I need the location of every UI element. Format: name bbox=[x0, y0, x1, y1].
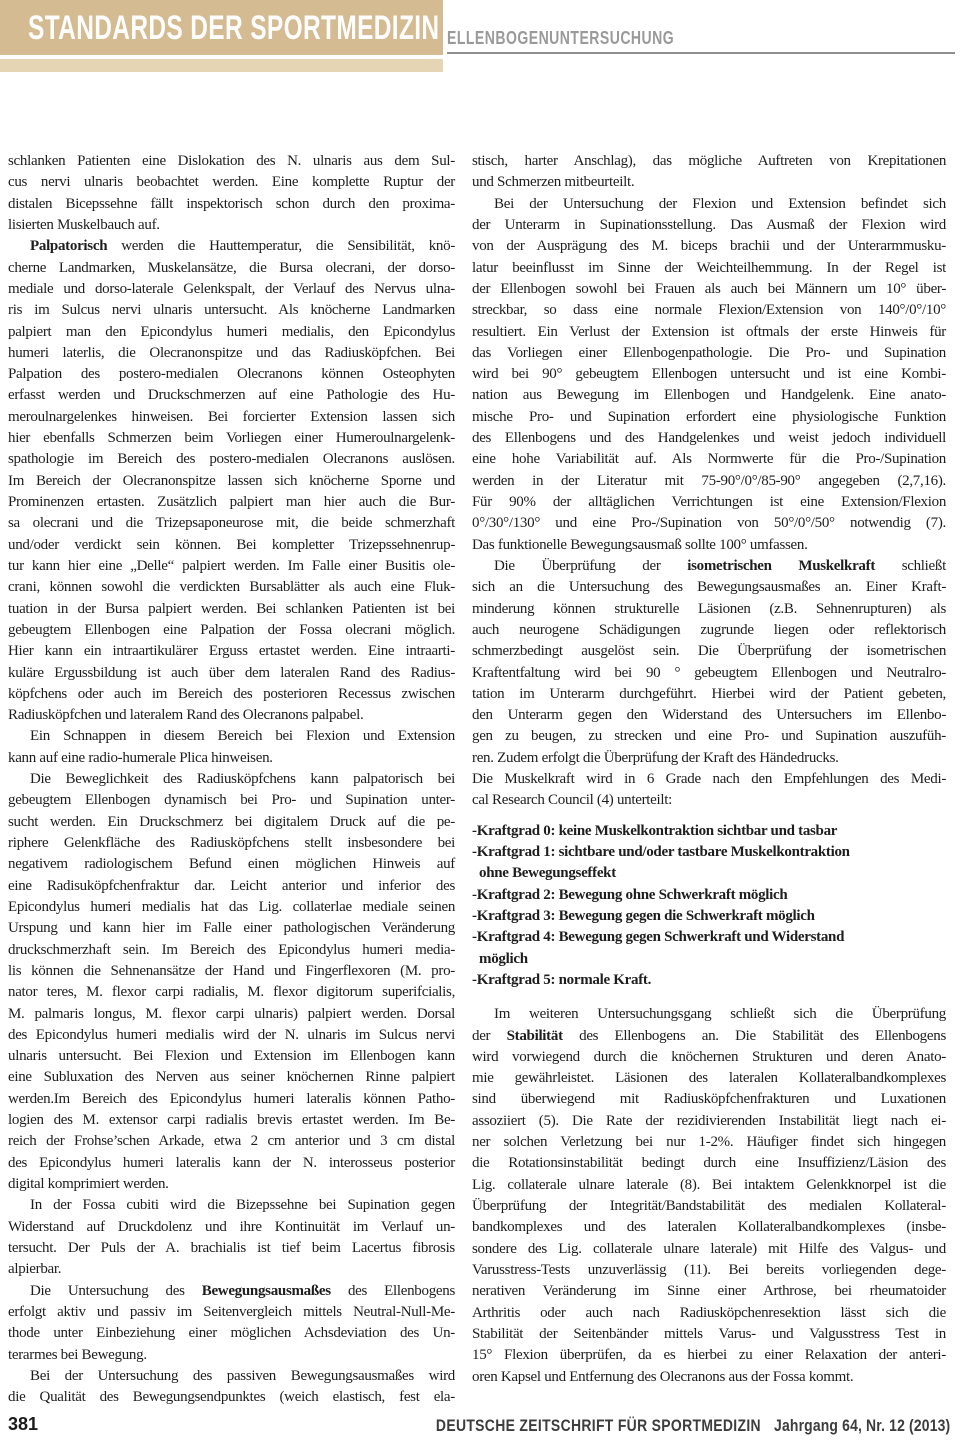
text-line: kann auf eine radio-humerale Plica hinwe… bbox=[8, 748, 455, 769]
text-line: Die Untersuchung des Bewegungsausmaßes d… bbox=[8, 1281, 455, 1302]
text-line: sa olecrani und die Trizepsaponeurose mi… bbox=[8, 513, 455, 534]
text-line: In der Fossa cubiti wird die Bizepssehne… bbox=[8, 1195, 455, 1216]
text-line: auch neurogene Schädigungen zugrunde lie… bbox=[472, 620, 946, 641]
text-line: der Stabilität des Ellenbogens an. Die S… bbox=[472, 1026, 946, 1047]
text-line: minderung können strukturelle Läsionen (… bbox=[472, 599, 946, 620]
text-line: Die Überprüfung der isometrischen Muskel… bbox=[472, 556, 946, 577]
text-line: -Kraftgrad 1: sichtbare und/oder tastbar… bbox=[472, 842, 946, 863]
text-line: mie gewährleistet. Läsionen des laterale… bbox=[472, 1068, 946, 1089]
text-line: Das funktionelle Bewegungsausmaß sollte … bbox=[472, 535, 946, 556]
text-line: erfasst werden und Druckschmerzen auf ei… bbox=[8, 385, 455, 406]
text-line: Prominenzen ertasten. Zusätzlich palpier… bbox=[8, 492, 455, 513]
text-line: Die Beweglichkeit des Radiusköpfchens ka… bbox=[8, 769, 455, 790]
text-line: werden.Im Bereich des Epicondylus humeri… bbox=[8, 1089, 455, 1110]
paragraph: Die Muskelkraft wird in 6 Grade nach den… bbox=[472, 769, 946, 812]
text-line: nation aus Bewegung im Ellenbogen und Ha… bbox=[472, 385, 946, 406]
text-line: köpfchens oder auch im Bereich des poste… bbox=[8, 684, 455, 705]
text-line: reich der Frohse’schen Arkade, etwa 2 cm… bbox=[8, 1131, 455, 1152]
text-line: das Vorliegen einer Ellenbogenpathologie… bbox=[472, 343, 946, 364]
text-line: stisch, harter Anschlag), das mögliche A… bbox=[472, 151, 946, 172]
text-line: schlanken Patienten eine Dislokation des… bbox=[8, 151, 455, 172]
text-line: Für 90% der alltäglichen Verrichtungen i… bbox=[472, 492, 946, 513]
text-line: distalen Bicepssehne fällt inspektorisch… bbox=[8, 194, 455, 215]
text-line: möglich bbox=[472, 949, 946, 970]
text-line: cherne Landmarken, Muskelansätze, die Bu… bbox=[8, 258, 455, 279]
text-line: eine hohe Variabilität auf. Als Normwert… bbox=[472, 449, 946, 470]
text-line: lis können die Sehnenansätze der Hand un… bbox=[8, 961, 455, 982]
article-title: ELLENBOGENUNTERSUCHUNG bbox=[447, 28, 674, 49]
text-line: latur beeinflusst im Sinne der Weichteil… bbox=[472, 258, 946, 279]
journal-page: STANDARDS DER SPORTMEDIZIN ELLENBOGENUNT… bbox=[0, 0, 960, 1450]
text-line: sondere des Lig. collaterale ulnare late… bbox=[472, 1239, 946, 1260]
column-right: stisch, harter Anschlag), das mögliche A… bbox=[472, 151, 946, 1388]
text-line: bandkomplexes und des lateralen Kollater… bbox=[472, 1217, 946, 1238]
text-line: streckbar, so dass eine normale Flexion/… bbox=[472, 300, 946, 321]
text-line: thode unter Einbeziehung einer möglichen… bbox=[8, 1323, 455, 1344]
text-line: der Ellenbogen sowohl bei Frauen als auc… bbox=[472, 279, 946, 300]
text-line: gebeugtem Ellenbogen dynamisch bei Pro- … bbox=[8, 790, 455, 811]
text-line: wird vorwiegend durch die knöchernen Str… bbox=[472, 1047, 946, 1068]
text-line: tur kann hier eine „Delle“ palpiert werd… bbox=[8, 556, 455, 577]
paragraph: Bei der Untersuchung der Flexion und Ext… bbox=[472, 194, 946, 556]
column-left: schlanken Patienten eine Dislokation des… bbox=[8, 151, 455, 1408]
text-line: gen zu beugen, zu strecken und eine Pro-… bbox=[472, 726, 946, 747]
paragraph: schlanken Patienten eine Dislokation des… bbox=[8, 151, 455, 236]
text-line: hier ebenfalls Schmerzen beim Vorliegen … bbox=[8, 428, 455, 449]
text-line: cus nervi ulnaris beobachtet werden. Ein… bbox=[8, 172, 455, 193]
series-title: STANDARDS DER SPORTMEDIZIN bbox=[28, 0, 439, 55]
series-banner: STANDARDS DER SPORTMEDIZIN bbox=[0, 0, 443, 55]
text-line: werden in der Literatur mit 75-90°/0°/85… bbox=[472, 471, 946, 492]
text-line: ren. Zudem erfolgt die Überprüfung der K… bbox=[472, 748, 946, 769]
text-line: des Epicondylus humeri lateralis kann de… bbox=[8, 1153, 455, 1174]
issue-info: Jahrgang 64, Nr. 12 (2013) bbox=[774, 1416, 950, 1435]
text-line: sucht werden. Ein Druckschmerz bei digit… bbox=[8, 812, 455, 833]
paragraph: Palpatorisch werden die Hauttemperatur, … bbox=[8, 236, 455, 726]
text-line: Bei der Untersuchung des passiven Bewegu… bbox=[8, 1366, 455, 1387]
text-line: logien des M. extensor carpi radialis br… bbox=[8, 1110, 455, 1131]
text-line: und/oder verdickt sein können. Bei kompl… bbox=[8, 535, 455, 556]
text-line: Urspung und kann hier im Falle einer pat… bbox=[8, 918, 455, 939]
paragraph: -Kraftgrad 0: keine Muskelkontraktion si… bbox=[472, 821, 946, 992]
text-line: humeri laterlis, die Olecranonspitze und… bbox=[8, 343, 455, 364]
text-line: meroulnargelenkes hinweisen. Bei forcier… bbox=[8, 407, 455, 428]
text-line: alpierbar. bbox=[8, 1259, 455, 1280]
text-line: Palpatorisch werden die Hauttemperatur, … bbox=[8, 236, 455, 257]
text-line: ohne Bewegungseffekt bbox=[472, 863, 946, 884]
header-rule bbox=[447, 52, 955, 54]
text-line: Lig. collaterale ulnare laterale (8). Be… bbox=[472, 1175, 946, 1196]
text-line: 15° Flexion überprüfen, da es hierbei zu… bbox=[472, 1345, 946, 1366]
text-line: ris im Sulcus nervi ulnaris untersucht. … bbox=[8, 300, 455, 321]
text-line: Überprüfung der Integrität/Bandstabilitä… bbox=[472, 1196, 946, 1217]
paragraph: stisch, harter Anschlag), das mögliche A… bbox=[472, 151, 946, 194]
text-line: wird bei 90° gebeugtem Ellenbogen unters… bbox=[472, 364, 946, 385]
text-line: gebeugtem Ellenbogen eine Palpation der … bbox=[8, 620, 455, 641]
text-line: assoziiert (5). Die Rate der rezidiviere… bbox=[472, 1111, 946, 1132]
text-line: sind überwiegend mit Radiusköpfchenfrakt… bbox=[472, 1089, 946, 1110]
banner-strip bbox=[0, 59, 443, 72]
footer-journal-line: DEUTSCHE ZEITSCHRIFT FÜR SPORTMEDIZINJah… bbox=[436, 1416, 950, 1436]
text-line: 0°/30°/130° und eine Pro-/Supination von… bbox=[472, 513, 946, 534]
text-line: Varusstress-Tests unzuverlässig (11). Be… bbox=[472, 1260, 946, 1281]
text-line: Im weiteren Untersuchungsgang schließt s… bbox=[472, 1004, 946, 1025]
text-line: und Schmerzen mitbeurteilt. bbox=[472, 172, 946, 193]
text-line: die Qualität des Bewegungsendpunktes (we… bbox=[8, 1387, 455, 1408]
paragraph: Im weiteren Untersuchungsgang schließt s… bbox=[472, 1004, 946, 1388]
text-line: Hier kann ein intraartikulärer Erguss er… bbox=[8, 641, 455, 662]
text-line: Die Muskelkraft wird in 6 Grade nach den… bbox=[472, 769, 946, 790]
text-line: terarmes bei Bewegung. bbox=[8, 1345, 455, 1366]
text-line: erfolgt aktiv und passiv im Seitenvergle… bbox=[8, 1302, 455, 1323]
text-line: Bei der Untersuchung der Flexion und Ext… bbox=[472, 194, 946, 215]
text-line: cal Research Council (4) unterteilt: bbox=[472, 790, 946, 811]
text-line: Palpation des postero-medialen Olecranon… bbox=[8, 364, 455, 385]
text-line: Stabilität der Seitenbänder mittels Varu… bbox=[472, 1324, 946, 1345]
text-line: von der Ausprägung des M. biceps brachii… bbox=[472, 236, 946, 257]
text-line: des Epicondylus humeri medialis wird der… bbox=[8, 1025, 455, 1046]
text-line: M. palmaris longus, M. flexor carpi ulna… bbox=[8, 1004, 455, 1025]
text-line: tuation in der Bursa palpiert werden. Be… bbox=[8, 599, 455, 620]
text-line: eine Subluxation des Nerven aus seiner k… bbox=[8, 1067, 455, 1088]
text-line: den Unterarm gegen den Widerstand des Un… bbox=[472, 705, 946, 726]
text-line: -Kraftgrad 5: normale Kraft. bbox=[472, 970, 946, 991]
text-line: druckschmerzhaft sein. Im Bereich des Ep… bbox=[8, 940, 455, 961]
journal-name: DEUTSCHE ZEITSCHRIFT FÜR SPORTMEDIZIN bbox=[436, 1416, 761, 1435]
text-line: Widerstand auf Druckdolenz und ihre Kont… bbox=[8, 1217, 455, 1238]
text-line: nerativen Veränderung im Sinne einer Art… bbox=[472, 1281, 946, 1302]
paragraph: In der Fossa cubiti wird die Bizepssehne… bbox=[8, 1195, 455, 1280]
text-line: kuläre Ergussbildung ist auch über dem l… bbox=[8, 663, 455, 684]
text-line: digital komprimiert werden. bbox=[8, 1174, 455, 1195]
text-line: Im Bereich der Olecranonspitze lassen si… bbox=[8, 471, 455, 492]
text-line: die Rotationsinstabilität bedingt durch … bbox=[472, 1153, 946, 1174]
text-line: der Unterarm in Supinationsstellung. Das… bbox=[472, 215, 946, 236]
paragraph: Die Untersuchung des Bewegungsausmaßes d… bbox=[8, 1281, 455, 1366]
text-line: Epicondylus humeri medialis hat das Lig.… bbox=[8, 897, 455, 918]
text-line: negativem radiologischem Befund einen mö… bbox=[8, 854, 455, 875]
text-line: sich an die Untersuchung des Bewegungsau… bbox=[472, 577, 946, 598]
text-line: crani, können sowohl die verdickten Burs… bbox=[8, 577, 455, 598]
text-line: mediale und dorso-laterale Gelenkspalt, … bbox=[8, 279, 455, 300]
text-line: schmerzbedingt ausgelöst sein. Die Überp… bbox=[472, 641, 946, 662]
text-line: riphere Gelenkfläche des Radiusköpfchens… bbox=[8, 833, 455, 854]
text-line: des Ellenbogens und des Handgelenkes und… bbox=[472, 428, 946, 449]
text-line: Kraftentfaltung wird bei 90 ° gebeugtem … bbox=[472, 663, 946, 684]
text-line: Radiusköpfchen und lateralem Rand des Ol… bbox=[8, 705, 455, 726]
text-line: ner solchen Verletzung bei nur 1-2%. Häu… bbox=[472, 1132, 946, 1153]
paragraph: Ein Schnappen in diesem Bereich bei Flex… bbox=[8, 726, 455, 769]
text-line: lisierten Muskelbauch auf. bbox=[8, 215, 455, 236]
text-line: mische Pro- und Supination erfordert ein… bbox=[472, 407, 946, 428]
text-line: nator teres, M. flexor carpi radialis, M… bbox=[8, 982, 455, 1003]
text-line: palpiert man den Epicondylus humeri medi… bbox=[8, 322, 455, 343]
text-line: resultiert. Ein Verlust der Extension is… bbox=[472, 322, 946, 343]
page-number: 381 bbox=[8, 1414, 38, 1435]
text-line: ulnaris untersucht. Bei Flexion und Exte… bbox=[8, 1046, 455, 1067]
text-line: tation im Unterarm durchgeführt. Hierbei… bbox=[472, 684, 946, 705]
text-line: oren Kapsel und Entfernung des Olecranon… bbox=[472, 1367, 946, 1388]
text-line: Ein Schnappen in diesem Bereich bei Flex… bbox=[8, 726, 455, 747]
paragraph: Die Beweglichkeit des Radiusköpfchens ka… bbox=[8, 769, 455, 1195]
text-line: -Kraftgrad 4: Bewegung gegen Schwerkraft… bbox=[472, 927, 946, 948]
text-line: Arthritis oder auch nach Radiusköpchenre… bbox=[472, 1303, 946, 1324]
paragraph: Die Überprüfung der isometrischen Muskel… bbox=[472, 556, 946, 769]
text-line: -Kraftgrad 3: Bewegung gegen die Schwerk… bbox=[472, 906, 946, 927]
text-line: spathologie im Bereich des postero-media… bbox=[8, 449, 455, 470]
text-line: -Kraftgrad 2: Bewegung ohne Schwerkraft … bbox=[472, 885, 946, 906]
paragraph: Bei der Untersuchung des passiven Bewegu… bbox=[8, 1366, 455, 1409]
text-line: tersucht. Der Puls der A. brachialis ist… bbox=[8, 1238, 455, 1259]
text-line: eine Radisuköpfchenfraktur dar. Leicht a… bbox=[8, 876, 455, 897]
text-line: -Kraftgrad 0: keine Muskelkontraktion si… bbox=[472, 821, 946, 842]
